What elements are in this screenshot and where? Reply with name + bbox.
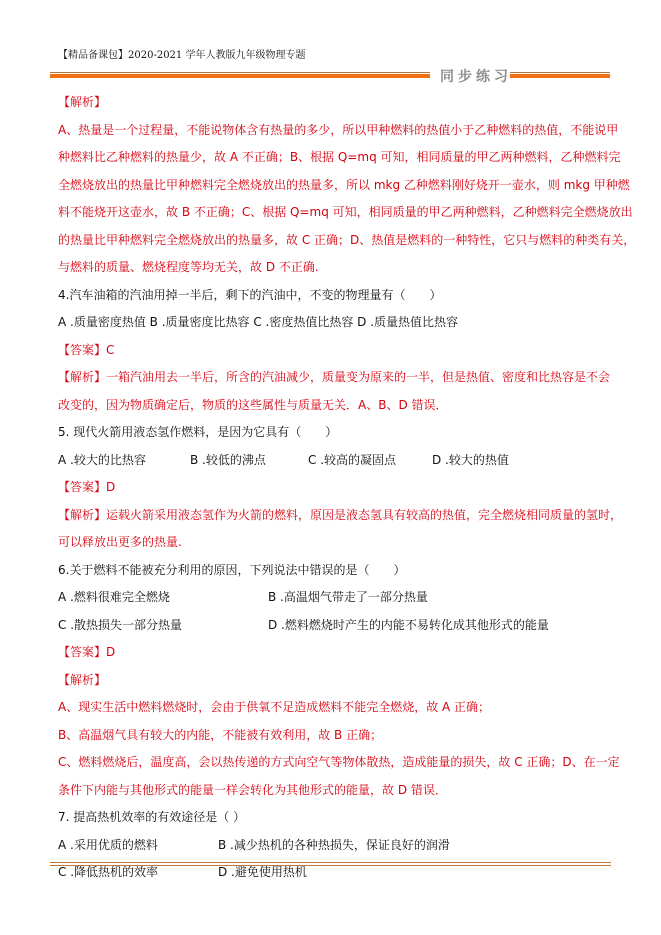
- analysis-line: C、燃料燃烧后，温度高，会以热传递的方式向空气等物体散热，造成能量的损失，故 C…: [58, 749, 610, 777]
- analysis-line: B、高温烟气具有较大的内能，不能被有效利用，故 B 正确；: [58, 722, 610, 750]
- question-4-options: A .质量密度热值 B .质量密度比热容 C .密度热值比热容 D .质量热值比…: [58, 309, 610, 337]
- option-b: B .较低的沸点: [190, 447, 266, 475]
- page-header: 【精品备课包】2020-2021 学年人教版九年级物理专题: [58, 46, 305, 61]
- analysis-line: 改变的，因为物质确定后，物质的这些属性与质量无关．A、B、D 错误．: [58, 392, 610, 420]
- question-7: 7. 提高热机效率的有效途径是（ ）: [58, 804, 610, 832]
- answer-value: D: [106, 645, 115, 659]
- option-b: B .减少热机的各种热损失，保证良好的润滑: [218, 832, 450, 860]
- question-5: 5. 现代火箭用液态氢作燃料，是因为它具有（ ）: [58, 419, 610, 447]
- question-4-answer: 【答案】C: [58, 337, 610, 365]
- analysis-line: 的热量比甲种燃料完全燃烧放出的热量多，故 C 正确；D、热值是燃料的一种特性，它…: [58, 227, 610, 255]
- analysis-line: 料不能烧开这壶水，故 B 不正确；C、根据 Q=mq 可知，相同质量的甲乙两种燃…: [58, 199, 610, 227]
- analysis-line: 与燃料的质量、燃烧程度等均无关，故 D 不正确.: [58, 254, 610, 282]
- analysis-text: 一箱汽油用去一半后，所含的汽油减少，质量变为原来的一半，但是热值、密度和比热容是…: [106, 370, 610, 384]
- analysis-line: 全燃烧放出的热量比甲种燃料完全燃烧放出的热量多，所以 mkg 乙种燃料刚好烧开一…: [58, 172, 610, 200]
- analysis-line: A、热量是一个过程量，不能说物体含有热量的多少，所以甲种燃料的热值小于乙种燃料的…: [58, 117, 610, 145]
- option-d: D .较大的热值: [432, 447, 509, 475]
- answer-tag: 【答案】: [58, 480, 106, 494]
- option-a: A .采用优质的燃料: [58, 832, 158, 860]
- analysis-tag: 【解析】: [58, 89, 610, 117]
- section-title: 同步练习: [440, 66, 512, 86]
- question-6-answer: 【答案】D: [58, 639, 610, 667]
- option-a: A .燃料很难完全燃烧: [58, 584, 170, 612]
- analysis-text: 运载火箭采用液态氢作为火箭的燃料，原因是液态氢具有较高的热值，完全燃烧相同质量的…: [106, 508, 622, 522]
- option-d: D .燃料燃烧时产生的内能不易转化成其他形式的能量: [268, 612, 549, 640]
- answer-value: C: [106, 343, 114, 357]
- analysis-line: 条件下内能与其他形式的能量一样会转化为其他形式的能量，故 D 错误．: [58, 777, 610, 805]
- analysis-line: 可以释放出更多的热量.: [58, 529, 610, 557]
- analysis-tag: 【解析】: [58, 667, 610, 695]
- document-body: 【解析】 A、热量是一个过程量，不能说物体含有热量的多少，所以甲种燃料的热值小于…: [58, 89, 610, 887]
- question-6-options-row2: C .散热损失一部分热量 D .燃料燃烧时产生的内能不易转化成其他形式的能量: [58, 612, 610, 640]
- question-6-options-row1: A .燃料很难完全燃烧 B .高温烟气带走了一部分热量: [58, 584, 610, 612]
- option-a: A .较大的比热容: [58, 447, 146, 475]
- analysis-tag: 【解析】: [58, 508, 106, 522]
- question-5-analysis: 【解析】运载火箭采用液态氢作为火箭的燃料，原因是液态氢具有较高的热值，完全燃烧相…: [58, 502, 610, 530]
- answer-tag: 【答案】: [58, 343, 106, 357]
- analysis-line: 种燃料比乙种燃料的热量少，故 A 不正确；B、根据 Q=mq 可知，相同质量的甲…: [58, 144, 610, 172]
- answer-tag: 【答案】: [58, 645, 106, 659]
- question-6: 6.关于燃料不能被充分利用的原因，下列说法中错误的是（ ）: [58, 557, 610, 585]
- analysis-line: A、现实生活中燃料燃烧时，会由于供氧不足造成燃料不能完全燃烧，故 A 正确；: [58, 694, 610, 722]
- question-5-answer: 【答案】D: [58, 474, 610, 502]
- footer-rule: [50, 862, 611, 866]
- option-c: C .较高的凝固点: [308, 447, 396, 475]
- option-b: B .高温烟气带走了一部分热量: [268, 584, 428, 612]
- question-5-options: A .较大的比热容 B .较低的沸点 C .较高的凝固点 D .较大的热值: [58, 447, 610, 475]
- analysis-tag: 【解析】: [58, 370, 106, 384]
- answer-value: D: [106, 480, 115, 494]
- option-c: C .散热损失一部分热量: [58, 612, 182, 640]
- question-4: 4.汽车油箱的汽油用掉一半后，剩下的汽油中，不变的物理量有（ ）: [58, 282, 610, 310]
- question-7-options-row1: A .采用优质的燃料 B .减少热机的各种热损失，保证良好的润滑: [58, 832, 610, 860]
- question-4-analysis: 【解析】一箱汽油用去一半后，所含的汽油减少，质量变为原来的一半，但是热值、密度和…: [58, 364, 610, 392]
